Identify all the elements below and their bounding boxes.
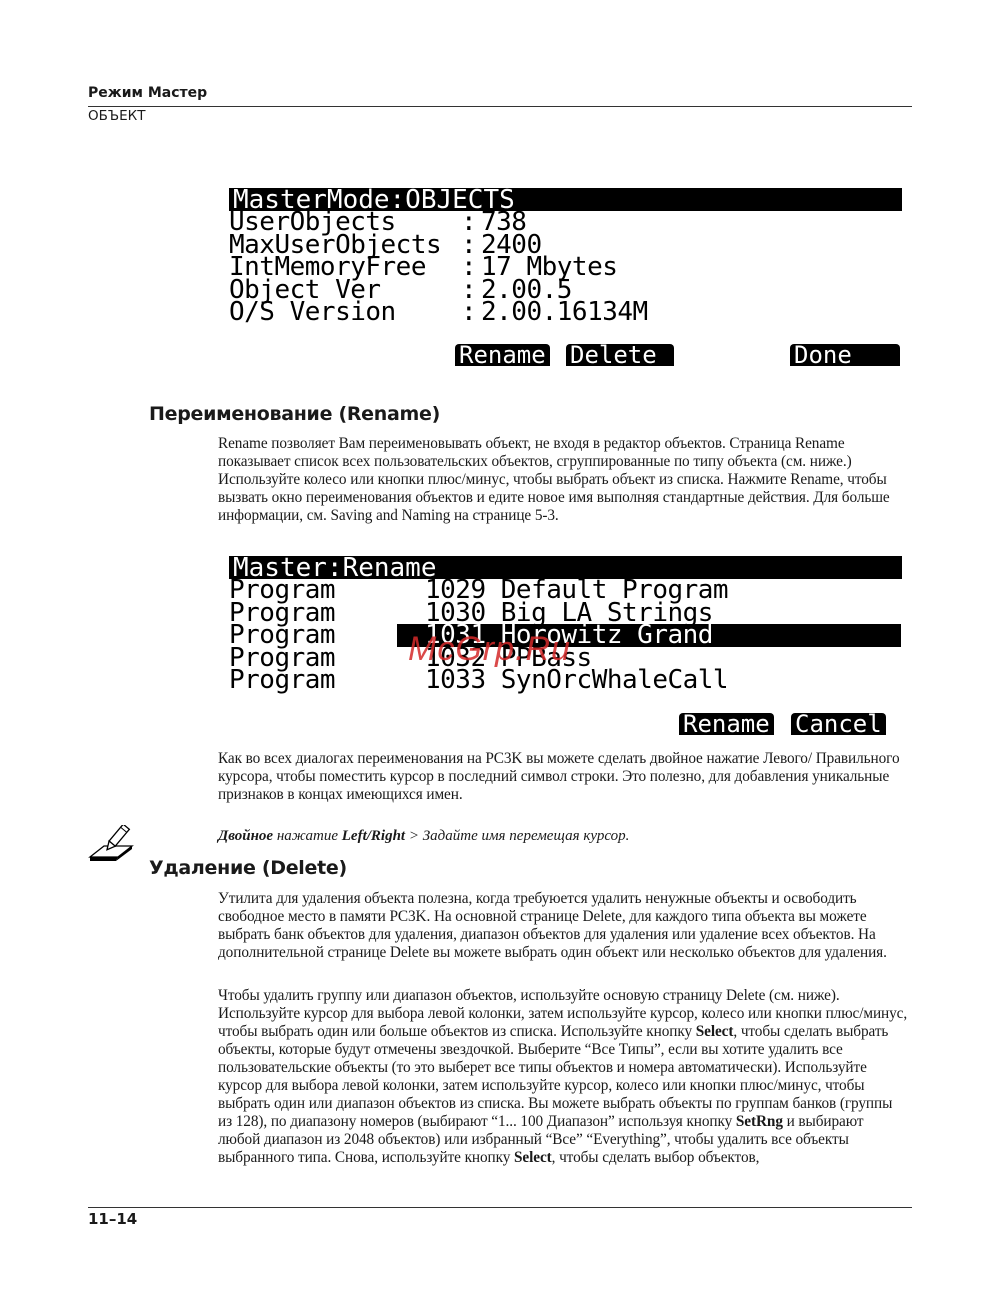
list-item[interactable]: Program1033 SynOrcWhaleCall xyxy=(229,669,902,692)
done-label: Done xyxy=(794,341,852,369)
cancel-softbutton[interactable]: Cancel xyxy=(791,713,886,735)
rename-softbutton[interactable]: Rename xyxy=(455,344,550,366)
footer-divider xyxy=(88,1207,912,1208)
note-text-1: нажатие xyxy=(273,828,342,844)
chapter-title: Режим Мастер xyxy=(88,85,207,101)
rename-lcd-screen: Master:Rename Program1029 Default Progra… xyxy=(229,556,902,692)
objects-info-list: UserObjects:738MaxUserObjects:2400IntMem… xyxy=(229,211,902,324)
info-label: O/S Version xyxy=(229,301,461,324)
setrng-keyword: SetRng xyxy=(736,1113,783,1130)
rename-confirm-softbutton[interactable]: Rename xyxy=(679,713,774,735)
object-number-name: 1033 SynOrcWhaleCall xyxy=(425,669,728,692)
objects-lcd-screen: MasterMode:OBJECTS UserObjects:738MaxUse… xyxy=(229,188,902,324)
separator: : xyxy=(461,301,481,324)
object-type: Program xyxy=(229,669,425,692)
rename-paragraph: Rename позволяет Вам переименовывать объ… xyxy=(218,435,908,525)
select-keyword: Select xyxy=(696,1023,734,1040)
delete-label: Delete xyxy=(570,341,657,369)
header-divider xyxy=(88,106,912,107)
note-bold-2: Left/Right xyxy=(342,828,405,844)
note-bold-1: Двойное xyxy=(218,828,273,844)
delete-softbutton[interactable]: Delete xyxy=(566,344,674,366)
pencil-note-icon xyxy=(88,825,138,865)
section-subtitle: ОБЪЕКТ xyxy=(88,108,146,124)
object-number: 1033 xyxy=(425,665,486,695)
delete-paragraph-1: Утилита для удаления объекта полезна, ко… xyxy=(218,890,908,962)
watermark: McGrp.Ru xyxy=(408,630,571,669)
delete-heading: Удаление (Delete) xyxy=(149,857,347,879)
delete-paragraph-2: Чтобы удалить группу или диапазон объект… xyxy=(218,987,908,1167)
text: , чтобы сделать выбор объектов, xyxy=(552,1149,760,1166)
info-value: 2.00.16134M xyxy=(481,297,648,327)
rename-tip-paragraph: Как во всех диалогах переименования на P… xyxy=(218,750,908,804)
done-softbutton[interactable]: Done xyxy=(790,344,900,366)
page-number: 11–14 xyxy=(88,1210,137,1228)
note-text: Двойное нажатие Left/Right > Задайте имя… xyxy=(218,828,629,845)
select-keyword: Select xyxy=(514,1149,552,1166)
object-name: SynOrcWhaleCall xyxy=(501,665,728,695)
rename-heading: Переименование (Rename) xyxy=(149,403,440,425)
info-row: O/S Version:2.00.16134M xyxy=(229,301,902,324)
note-text-2: > Задайте имя перемещая курсор. xyxy=(405,828,629,844)
